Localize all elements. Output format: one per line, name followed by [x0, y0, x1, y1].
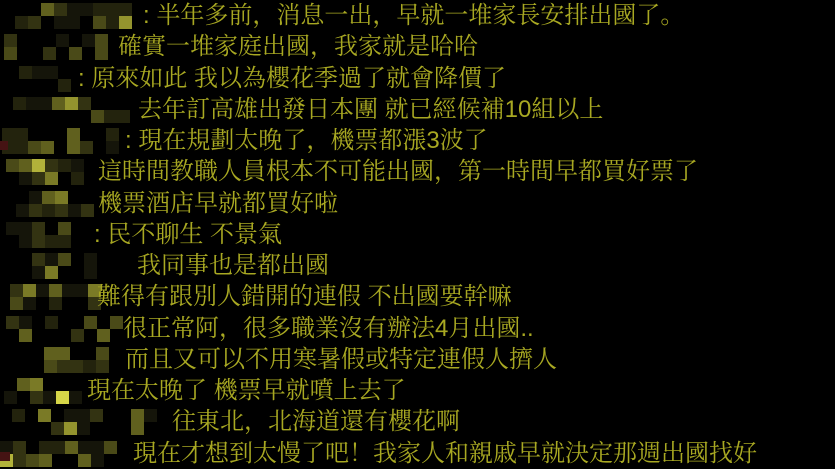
- comment-thread: : 半年多前，消息一出，早就一堆家長安排出國了。確實一堆家庭出國，我家就是哈哈:…: [0, 0, 835, 469]
- censored-username: [32, 253, 98, 279]
- censored-username: [6, 66, 72, 92]
- censor-pixel: [58, 222, 71, 235]
- censor-pixel: [84, 253, 97, 266]
- censored-username: [6, 159, 92, 185]
- comment-line: 難得有跟別人錯開的連假 不出國要幹嘛: [0, 281, 835, 313]
- censor-pixel: [10, 297, 23, 310]
- censor-pixel: [91, 110, 104, 123]
- censor-pixel: [13, 97, 26, 110]
- censor-pixel: [19, 222, 32, 235]
- censor-pixel: [57, 360, 70, 373]
- comment-line: 很正常阿，很多職業沒有辦法4月出國..: [0, 313, 835, 345]
- censor-pixel: [78, 454, 91, 467]
- comment-text: 而且又可以不用寒暑假或特定連假人擠人: [125, 344, 557, 375]
- comment-text: 去年訂高雄出發日本團 就已經候補10組以上: [138, 94, 603, 125]
- censor-pixel: [13, 454, 26, 467]
- censor-pixel: [6, 316, 19, 329]
- censor-pixel: [39, 454, 52, 467]
- censor-pixel: [45, 316, 58, 329]
- censor-pixel: [131, 422, 144, 435]
- censor-pixel: [41, 141, 54, 154]
- censor-pixel: [58, 235, 71, 248]
- censor-pixel: [55, 204, 68, 217]
- censor-pixel: [26, 454, 39, 467]
- censor-pixel: [95, 34, 108, 47]
- comment-text: 現在才想到太慢了吧！我家人和親戚早就決定那週出國找好: [133, 438, 757, 469]
- censor-pixel: [6, 159, 19, 172]
- censor-pixel: [69, 391, 82, 404]
- censor-pixel: [30, 391, 43, 404]
- censor-pixel: [32, 172, 45, 185]
- censor-pixel: [19, 316, 32, 329]
- censor-pixel: [96, 347, 109, 360]
- censor-pixel: [23, 297, 36, 310]
- censor-pixel: [83, 360, 96, 373]
- comment-text: : 民不聊生 不景氣: [94, 219, 282, 250]
- censor-pixel: [84, 316, 97, 329]
- censor-pixel: [38, 409, 51, 422]
- censor-pixel: [15, 16, 28, 29]
- censor-pixel: [96, 360, 109, 373]
- censor-pixel: [71, 172, 84, 185]
- censored-username: [4, 378, 82, 404]
- comment-line: : 原來如此 我以為櫻花季過了就會降價了: [0, 63, 835, 95]
- censor-pixel: [80, 141, 93, 154]
- comment-line: 確實一堆家庭出國，我家就是哈哈: [0, 31, 835, 63]
- censor-pixel: [39, 97, 52, 110]
- censor-pixel: [56, 391, 69, 404]
- censor-pixel: [65, 97, 78, 110]
- comment-text: 難得有跟別人錯開的連假 不出國要幹嘛: [97, 281, 512, 312]
- censor-pixel: [64, 422, 77, 435]
- censor-pixel: [2, 128, 15, 141]
- comment-line: 而且又可以不用寒暑假或特定連假人擠人: [0, 344, 835, 376]
- censor-pixel: [44, 347, 57, 360]
- censor-pixel: [6, 222, 19, 235]
- comment-text: : 原來如此 我以為櫻花季過了就會降價了: [78, 63, 506, 94]
- comment-line: : 現在規劃太晚了，機票都漲3波了: [0, 125, 835, 157]
- censor-pixel: [44, 360, 57, 373]
- comment-text: : 現在規劃太晚了，機票都漲3波了: [125, 125, 488, 156]
- censor-pixel: [91, 441, 104, 454]
- censor-pixel: [81, 204, 94, 217]
- censor-pixel: [64, 409, 77, 422]
- censor-pixel: [117, 110, 130, 123]
- censor-pixel: [4, 391, 17, 404]
- censor-pixel: [42, 191, 55, 204]
- censor-pixel: [77, 422, 90, 435]
- censor-pixel: [54, 16, 67, 29]
- censor-pixel: [4, 34, 17, 47]
- censor-pixel: [49, 297, 62, 310]
- comment-line: 機票酒店早就都買好啦: [0, 188, 835, 220]
- censor-pixel: [68, 204, 81, 217]
- censor-pixel: [32, 253, 45, 266]
- censor-pixel: [71, 159, 84, 172]
- censor-pixel: [28, 141, 41, 154]
- censor-pixel: [4, 47, 17, 60]
- censor-pixel: [65, 441, 78, 454]
- comment-line: 往東北，北海道還有櫻花啊: [0, 406, 835, 438]
- comment-text: : 半年多前，消息一出，早就一堆家長安排出國了。: [143, 0, 684, 31]
- comment-line: 現在才想到太慢了吧！我家人和親戚早就決定那週出國找好: [0, 438, 835, 469]
- comment-text: 我同事也是都出國: [137, 250, 329, 281]
- censor-pixel: [90, 409, 103, 422]
- censored-username: [4, 34, 114, 60]
- censor-pixel: [10, 284, 23, 297]
- censor-pixel: [32, 66, 45, 79]
- censor-pixel: [106, 141, 119, 154]
- censor-pixel: [56, 34, 69, 47]
- censor-pixel: [119, 3, 132, 16]
- censor-pixel: [49, 284, 62, 297]
- censor-pixel: [32, 222, 45, 235]
- comment-line: 這時間教職人員根本不可能出國，第一時間早都買好票了: [0, 156, 835, 188]
- censor-pixel: [57, 347, 70, 360]
- censor-pixel: [58, 253, 71, 266]
- censor-pixel: [67, 128, 80, 141]
- censored-username: [6, 316, 118, 342]
- censor-pixel: [45, 172, 58, 185]
- censored-username: [12, 409, 120, 435]
- censor-pixel: [67, 141, 80, 154]
- censor-pixel: [43, 47, 56, 60]
- censor-pixel: [71, 329, 84, 342]
- censor-pixel: [78, 97, 91, 110]
- censor-pixel: [82, 34, 95, 47]
- censor-pixel: [70, 360, 83, 373]
- censor-pixel: [19, 329, 32, 342]
- censor-pixel: [42, 204, 55, 217]
- censor-pixel: [55, 191, 68, 204]
- censor-pixel: [119, 16, 132, 29]
- censor-pixel: [131, 409, 144, 422]
- comment-text: 很正常阿，很多職業沒有辦法4月出國..: [123, 313, 534, 344]
- censor-pixel: [19, 159, 32, 172]
- censor-pixel: [17, 378, 30, 391]
- comment-text: 這時間教職人員根本不可能出國，第一時間早都買好票了: [98, 156, 698, 187]
- censor-pixel: [78, 441, 91, 454]
- censor-pixel: [144, 409, 157, 422]
- censor-pixel: [106, 128, 119, 141]
- censor-pixel-red: [0, 452, 10, 461]
- censor-pixel: [36, 284, 49, 297]
- censor-pixel: [45, 266, 58, 279]
- censor-pixel: [91, 454, 104, 467]
- censor-pixel: [54, 3, 67, 16]
- censor-pixel: [67, 3, 80, 16]
- censor-pixel: [97, 329, 110, 342]
- censored-username: [6, 222, 86, 248]
- censor-pixel: [104, 110, 117, 123]
- censor-pixel: [45, 235, 58, 248]
- censor-pixel: [80, 3, 93, 16]
- censor-pixel: [104, 441, 117, 454]
- censor-pixel: [95, 47, 108, 60]
- censor-pixel: [28, 16, 41, 29]
- censored-username: [0, 97, 130, 123]
- censor-pixel: [16, 204, 29, 217]
- censor-pixel: [41, 3, 54, 16]
- censor-pixel: [52, 97, 65, 110]
- comment-line: : 民不聊生 不景氣: [0, 219, 835, 251]
- censored-username: [131, 409, 159, 435]
- censored-username: [10, 284, 96, 310]
- comment-line: : 半年多前，消息一出，早就一堆家長安排出國了。: [0, 0, 835, 32]
- censor-pixel: [62, 284, 75, 297]
- censor-pixel: [51, 422, 64, 435]
- censor-pixel: [29, 204, 42, 217]
- censor-pixel: [58, 159, 71, 172]
- censor-pixel: [106, 16, 119, 29]
- censored-username: [2, 128, 118, 154]
- censor-pixel: [32, 159, 45, 172]
- comment-text: 現在太晚了 機票早就噴上去了: [87, 375, 406, 406]
- censor-pixel: [32, 266, 45, 279]
- censored-username: [15, 3, 137, 29]
- censor-pixel: [19, 235, 32, 248]
- censored-username: [0, 441, 112, 467]
- censor-pixel: [26, 97, 39, 110]
- censor-pixel: [19, 172, 32, 185]
- censor-pixel: [43, 391, 56, 404]
- censor-pixel: [32, 235, 45, 248]
- censor-pixel: [52, 441, 65, 454]
- censor-pixel: [84, 266, 97, 279]
- comment-line: 現在太晚了 機票早就噴上去了: [0, 375, 835, 407]
- censor-pixel: [77, 409, 90, 422]
- censor-pixel: [106, 3, 119, 16]
- censor-pixel: [29, 191, 42, 204]
- censor-pixel: [93, 16, 106, 29]
- censor-pixel-red: [0, 141, 8, 150]
- comment-line: 我同事也是都出國: [0, 250, 835, 282]
- censor-pixel: [39, 441, 52, 454]
- censor-pixel: [12, 409, 25, 422]
- comment-text: 往東北，北海道還有櫻花啊: [172, 406, 460, 437]
- censor-pixel: [67, 16, 80, 29]
- censor-pixel: [45, 66, 58, 79]
- comment-text: 確實一堆家庭出國，我家就是哈哈: [118, 31, 478, 62]
- censor-pixel: [30, 378, 43, 391]
- censored-username: [16, 191, 94, 217]
- comment-line: 去年訂高雄出發日本團 就已經候補10組以上: [0, 94, 835, 126]
- censor-pixel: [75, 284, 88, 297]
- censor-pixel: [93, 3, 106, 16]
- censor-pixel: [69, 47, 82, 60]
- censor-pixel: [23, 284, 36, 297]
- censored-username: [44, 347, 112, 373]
- censor-pixel: [15, 128, 28, 141]
- censor-pixel: [13, 441, 26, 454]
- censor-pixel: [15, 141, 28, 154]
- censor-pixel: [19, 66, 32, 79]
- censor-pixel: [110, 316, 123, 329]
- censor-pixel: [45, 159, 58, 172]
- censor-pixel: [58, 79, 71, 92]
- comment-text: 機票酒店早就都買好啦: [98, 188, 338, 219]
- censor-pixel: [45, 253, 58, 266]
